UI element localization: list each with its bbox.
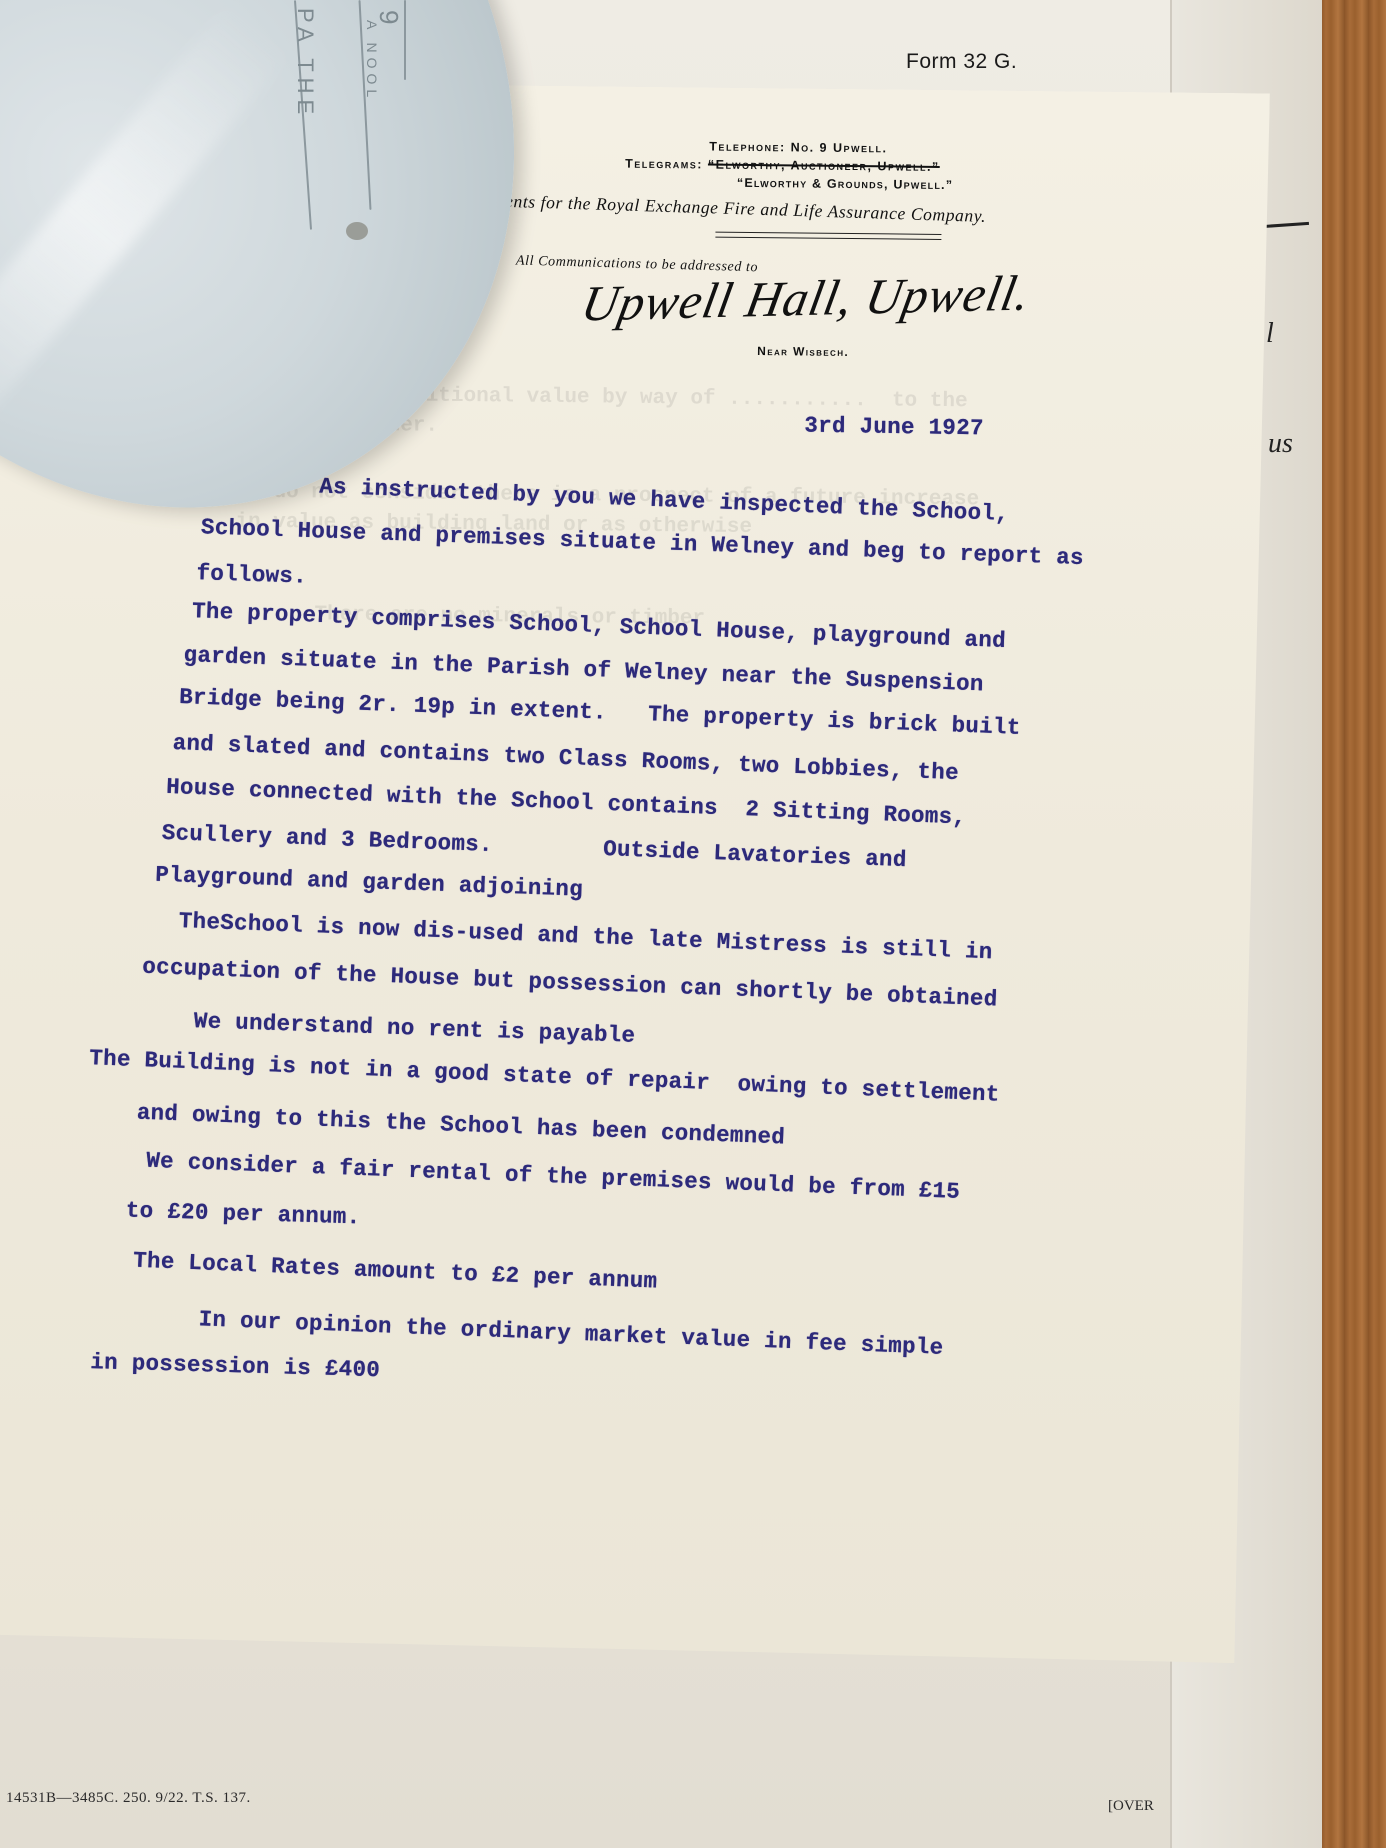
- letterhead-telephone: Telephone: No. 9 Upwell.: [709, 140, 887, 156]
- letter-line: follows.: [196, 560, 307, 589]
- punched-hole: [346, 222, 368, 240]
- telegrams-struck-address: “Elworthy, Auctioneer, Upwell.”: [708, 158, 940, 174]
- curled-sheet-rule: [404, 0, 406, 80]
- form-footer-over: [OVER: [1108, 1798, 1154, 1815]
- letterhead-double-rule: [715, 232, 941, 240]
- letter-line: and owing to this the School has been co…: [136, 1100, 785, 1151]
- telegrams-label: Telegrams:: [625, 157, 708, 172]
- letter-line: The Building is not in a good state of r…: [89, 1045, 1000, 1108]
- letter-line: We understand no rent is payable: [193, 1008, 635, 1049]
- letter-date: 3rd June 1927: [804, 413, 984, 442]
- letterhead-telegrams-current: “Elworthy & Grounds, Upwell.”: [737, 176, 953, 192]
- letter-line: The Local Rates amount to £2 per annum: [133, 1248, 658, 1295]
- curled-sheet-text: PA THE: [292, 8, 318, 120]
- curled-sheet-highlight: [0, 2, 292, 452]
- letterhead-near: Near Wisbech.: [757, 344, 849, 359]
- letter-line: House connected with the School contains…: [166, 774, 967, 831]
- letter-line: to £20 per annum.: [126, 1197, 361, 1230]
- form-footer-print-code: 14531B—3485C. 250. 9/22. T.S. 137.: [6, 1790, 251, 1807]
- handwritten-mark: us: [1268, 428, 1293, 460]
- letter-line: in possession is £400: [90, 1349, 380, 1383]
- letterhead-agency: Agents for the Royal Exchange Fire and L…: [484, 190, 986, 227]
- letter-line: occupation of the House but possession c…: [142, 954, 998, 1013]
- handwritten-mark: l: [1266, 318, 1274, 350]
- letter-line: In our opinion the ordinary market value…: [198, 1306, 944, 1361]
- letter-line: Playground and garden adjoining: [155, 862, 584, 903]
- letterhead-telegrams: Telegrams: “Elworthy, Auctioneer, Upwell…: [625, 157, 940, 174]
- curled-sheet-text: 9: [373, 10, 404, 24]
- letter-line: We consider a fair rental of the premise…: [146, 1148, 961, 1205]
- form-number: Form 32 G.: [906, 50, 1017, 74]
- curled-sheet-text: A NOOL: [364, 20, 380, 102]
- letterhead-address-script: Upwell Hall, Upwell.: [577, 263, 1036, 332]
- letter-line: TheSchool is now dis-used and the late M…: [178, 908, 993, 965]
